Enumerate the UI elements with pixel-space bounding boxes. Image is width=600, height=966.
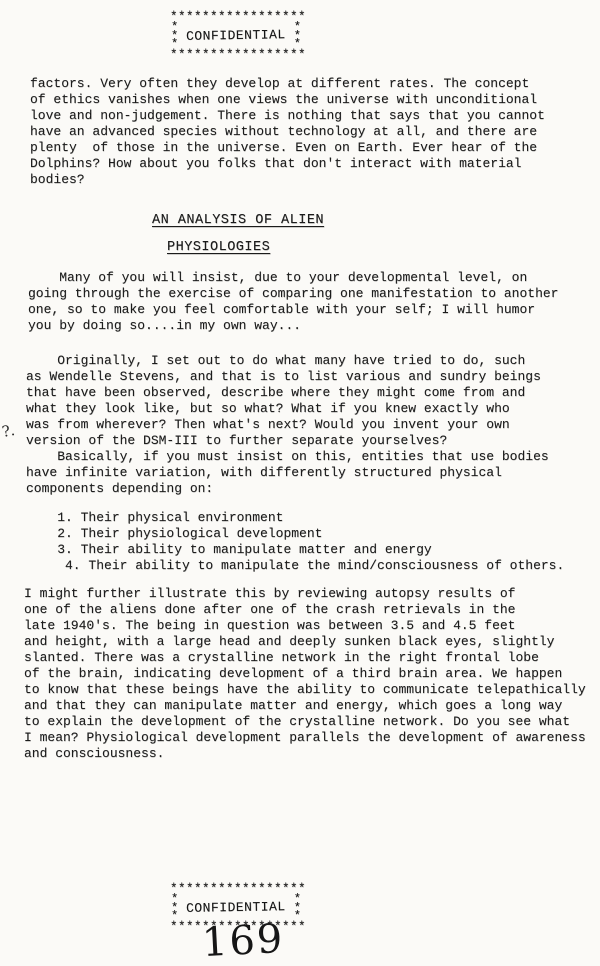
stamp-border-bottom-row: ***************** (170, 50, 302, 60)
section-heading-line2: PHYSIOLOGIES (167, 240, 270, 256)
numbered-list: 1. Their physical environment 2. Their p… (26, 510, 564, 574)
stamp-border-right-column: * * * (294, 23, 301, 49)
stamp-border-top-row: ***************** (170, 12, 302, 22)
paragraph-many-of-you: Many of you will insist, due to your dev… (28, 270, 559, 334)
stamp-border-left-column: * * * (171, 23, 178, 49)
stamp-middle: * * * CONFIDENTIAL * * * (170, 22, 302, 50)
confidential-label: CONFIDENTIAL (186, 27, 286, 44)
document-page: ***************** * * * CONFIDENTIAL * *… (0, 0, 600, 966)
stamp-border-top-row: ***************** (170, 884, 302, 894)
confidential-stamp-top: ***************** * * * CONFIDENTIAL * *… (170, 12, 302, 60)
stamp-border-left-column: * * * (171, 895, 178, 921)
handwritten-question-mark: ?. (1, 421, 17, 441)
confidential-label: CONFIDENTIAL (186, 899, 286, 916)
section-heading-line1: AN ANALYSIS OF ALIEN (152, 213, 324, 229)
paragraph-originally: Originally, I set out to do what many ha… (26, 353, 549, 497)
page-number: 169 (201, 916, 286, 966)
paragraph-autopsy: I might further illustrate this by revie… (24, 586, 586, 762)
paragraph-continuation: factors. Very often they develop at diff… (30, 76, 545, 188)
stamp-border-right-column: * * * (294, 895, 301, 921)
